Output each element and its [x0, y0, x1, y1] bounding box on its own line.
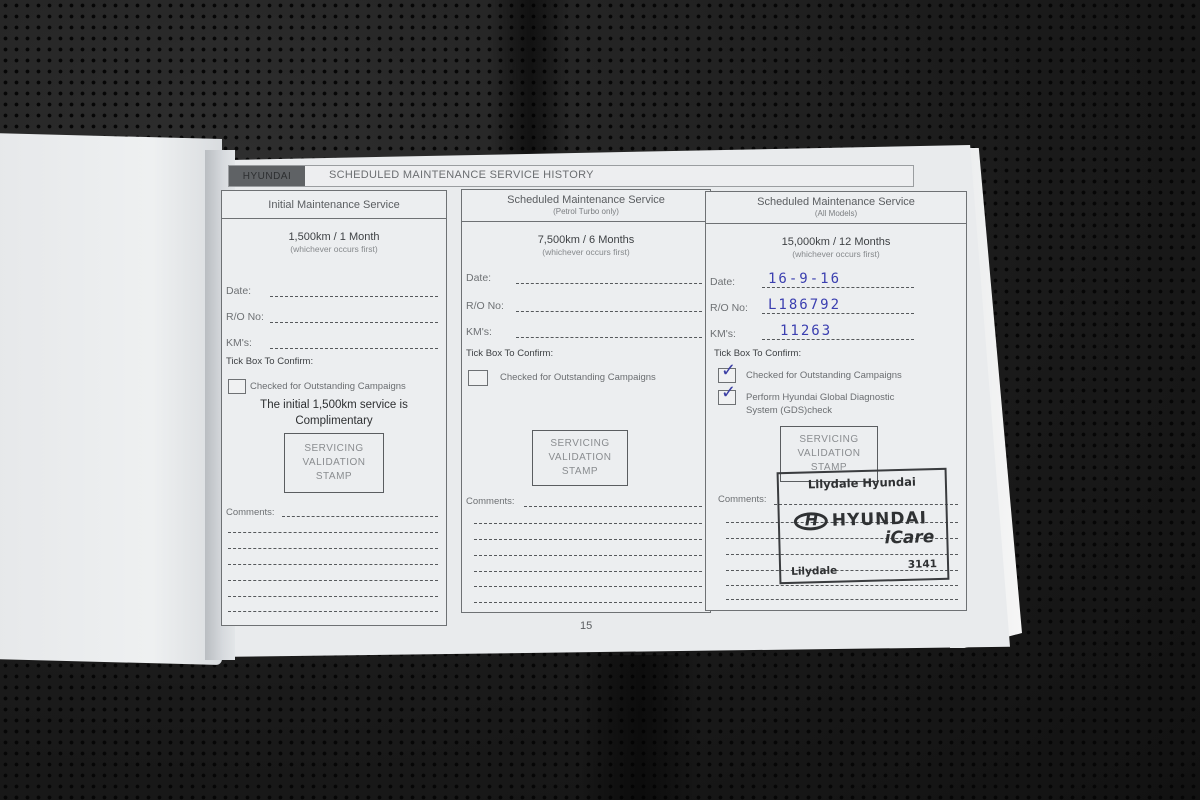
- comment-line[interactable]: [474, 523, 702, 524]
- checkmark-icon: ✓: [721, 383, 736, 401]
- tick-box-title: Tick Box To Confirm:: [714, 348, 801, 359]
- checkbox-checked[interactable]: ✓: [718, 390, 736, 405]
- checkbox[interactable]: [228, 379, 246, 394]
- field-line: [270, 296, 438, 297]
- check-label: Checked for Outstanding Campaigns: [746, 369, 902, 382]
- dealer-postcode: 3141: [908, 558, 938, 571]
- comment-line[interactable]: [524, 506, 702, 507]
- complimentary-note: The initial 1,500km service is Complimen…: [222, 397, 446, 429]
- stamp-text: STAMP: [533, 465, 627, 479]
- page-number: 15: [580, 620, 592, 632]
- field-line: [762, 339, 914, 340]
- stamp-text: VALIDATION: [285, 456, 383, 470]
- card-header: Scheduled Maintenance Service (All Model…: [706, 192, 966, 224]
- card-subtitle: (Petrol Turbo only): [462, 207, 710, 216]
- comment-line[interactable]: [228, 564, 438, 565]
- field-line: [516, 337, 702, 338]
- stamp-text: VALIDATION: [533, 451, 627, 465]
- tick-box-title: Tick Box To Confirm:: [226, 356, 313, 367]
- interval-note: (whichever occurs first): [706, 249, 966, 259]
- dealer-stamp: Lilydale Hyundai HYUNDAI iCare Lilydale …: [777, 468, 950, 584]
- kms-field[interactable]: KM's:: [226, 333, 438, 351]
- stamp-text: SERVICING: [533, 437, 627, 451]
- card-title: Scheduled Maintenance Service: [706, 196, 966, 208]
- comments-label: Comments:: [718, 494, 767, 505]
- field-line: [762, 287, 914, 288]
- service-interval: 15,000km / 12 Months: [706, 236, 966, 248]
- dealer-name: Lilydale Hyundai: [779, 474, 945, 492]
- dealer-town: Lilydale: [791, 565, 837, 578]
- comments-label: Comments:: [226, 507, 275, 518]
- section-title: SCHEDULED MAINTENANCE SERVICE HISTORY: [329, 169, 594, 181]
- service-card-initial: Initial Maintenance Service 1,500km / 1 …: [221, 190, 447, 626]
- check-label: Checked for Outstanding Campaigns: [250, 380, 406, 393]
- comment-line[interactable]: [474, 539, 702, 540]
- comment-line[interactable]: [726, 585, 958, 586]
- field-value: 11263: [780, 323, 832, 339]
- seat-fold-shadow: [490, 0, 570, 160]
- field-line: [516, 283, 702, 284]
- comment-line[interactable]: [228, 580, 438, 581]
- check-outstanding-campaigns[interactable]: Checked for Outstanding Campaigns: [468, 370, 706, 388]
- card-subtitle: (All Models): [706, 209, 966, 218]
- ro-number-field[interactable]: R/O No:: [226, 307, 438, 325]
- kms-field[interactable]: KM's: 11263: [710, 324, 914, 342]
- card-header: Initial Maintenance Service: [222, 191, 446, 219]
- stamp-text: SERVICING: [285, 442, 383, 456]
- field-label: Date:: [226, 285, 251, 297]
- field-label: KM's:: [710, 328, 736, 340]
- comment-line[interactable]: [474, 586, 702, 587]
- comment-line[interactable]: [228, 532, 438, 533]
- check-label: Perform Hyundai Global Diagnostic System…: [746, 391, 926, 417]
- kms-field[interactable]: KM's:: [466, 322, 702, 340]
- date-field[interactable]: Date:: [466, 268, 702, 286]
- comment-line[interactable]: [228, 596, 438, 597]
- comment-line[interactable]: [474, 602, 702, 603]
- interval-note: (whichever occurs first): [222, 244, 446, 254]
- field-label: R/O No:: [466, 300, 504, 312]
- program-name: iCare: [884, 527, 934, 548]
- comment-line[interactable]: [228, 548, 438, 549]
- checkmark-icon: ✓: [721, 361, 736, 379]
- checkbox[interactable]: [468, 370, 488, 386]
- validation-stamp-placeholder: SERVICING VALIDATION STAMP: [284, 433, 384, 493]
- seat-fold-shadow-bottom: [580, 655, 700, 800]
- section-header: HYUNDAI SCHEDULED MAINTENANCE SERVICE HI…: [228, 165, 914, 187]
- field-label: KM's:: [226, 337, 252, 349]
- field-label: Date:: [466, 272, 491, 284]
- left-page: [0, 133, 222, 665]
- check-outstanding-campaigns[interactable]: Checked for Outstanding Campaigns: [228, 379, 442, 397]
- validation-stamp-placeholder: SERVICING VALIDATION STAMP: [532, 430, 628, 486]
- field-value: L186792: [768, 297, 841, 313]
- interval-note: (whichever occurs first): [462, 247, 710, 257]
- field-line: [762, 313, 914, 314]
- check-gds[interactable]: ✓ Perform Hyundai Global Diagnostic Syst…: [718, 390, 962, 420]
- field-value: 16-9-16: [768, 271, 841, 287]
- stamp-text: SERVICING: [781, 433, 877, 447]
- card-title: Initial Maintenance Service: [222, 195, 446, 211]
- field-line: [270, 322, 438, 323]
- ro-number-field[interactable]: R/O No:: [466, 296, 702, 314]
- field-label: R/O No:: [710, 302, 748, 314]
- field-label: R/O No:: [226, 311, 264, 323]
- service-card-7500: Scheduled Maintenance Service (Petrol Tu…: [461, 189, 711, 613]
- field-label: KM's:: [466, 326, 492, 338]
- field-label: Date:: [710, 276, 735, 288]
- hyundai-logo-icon: [794, 512, 828, 531]
- check-outstanding-campaigns[interactable]: ✓ Checked for Outstanding Campaigns: [718, 368, 962, 386]
- stamp-text: VALIDATION: [781, 447, 877, 461]
- checkbox-checked[interactable]: ✓: [718, 368, 736, 383]
- comment-line[interactable]: [228, 611, 438, 612]
- date-field[interactable]: Date: 16-9-16: [710, 272, 914, 290]
- date-field[interactable]: Date:: [226, 281, 438, 299]
- comment-line[interactable]: [282, 516, 438, 517]
- brand-tag: HYUNDAI: [229, 166, 305, 186]
- comment-line[interactable]: [474, 555, 702, 556]
- card-header: Scheduled Maintenance Service (Petrol Tu…: [462, 190, 710, 222]
- field-line: [516, 311, 702, 312]
- comment-line[interactable]: [726, 599, 958, 600]
- field-line: [270, 348, 438, 349]
- service-interval: 1,500km / 1 Month: [222, 231, 446, 243]
- card-title: Scheduled Maintenance Service: [462, 194, 710, 206]
- comments-label: Comments:: [466, 496, 515, 507]
- service-interval: 7,500km / 6 Months: [462, 234, 710, 246]
- tick-box-title: Tick Box To Confirm:: [466, 348, 553, 359]
- ro-number-field[interactable]: R/O No: L186792: [710, 298, 914, 316]
- comment-line[interactable]: [474, 571, 702, 572]
- stamp-text: STAMP: [285, 470, 383, 484]
- check-label: Checked for Outstanding Campaigns: [500, 371, 656, 384]
